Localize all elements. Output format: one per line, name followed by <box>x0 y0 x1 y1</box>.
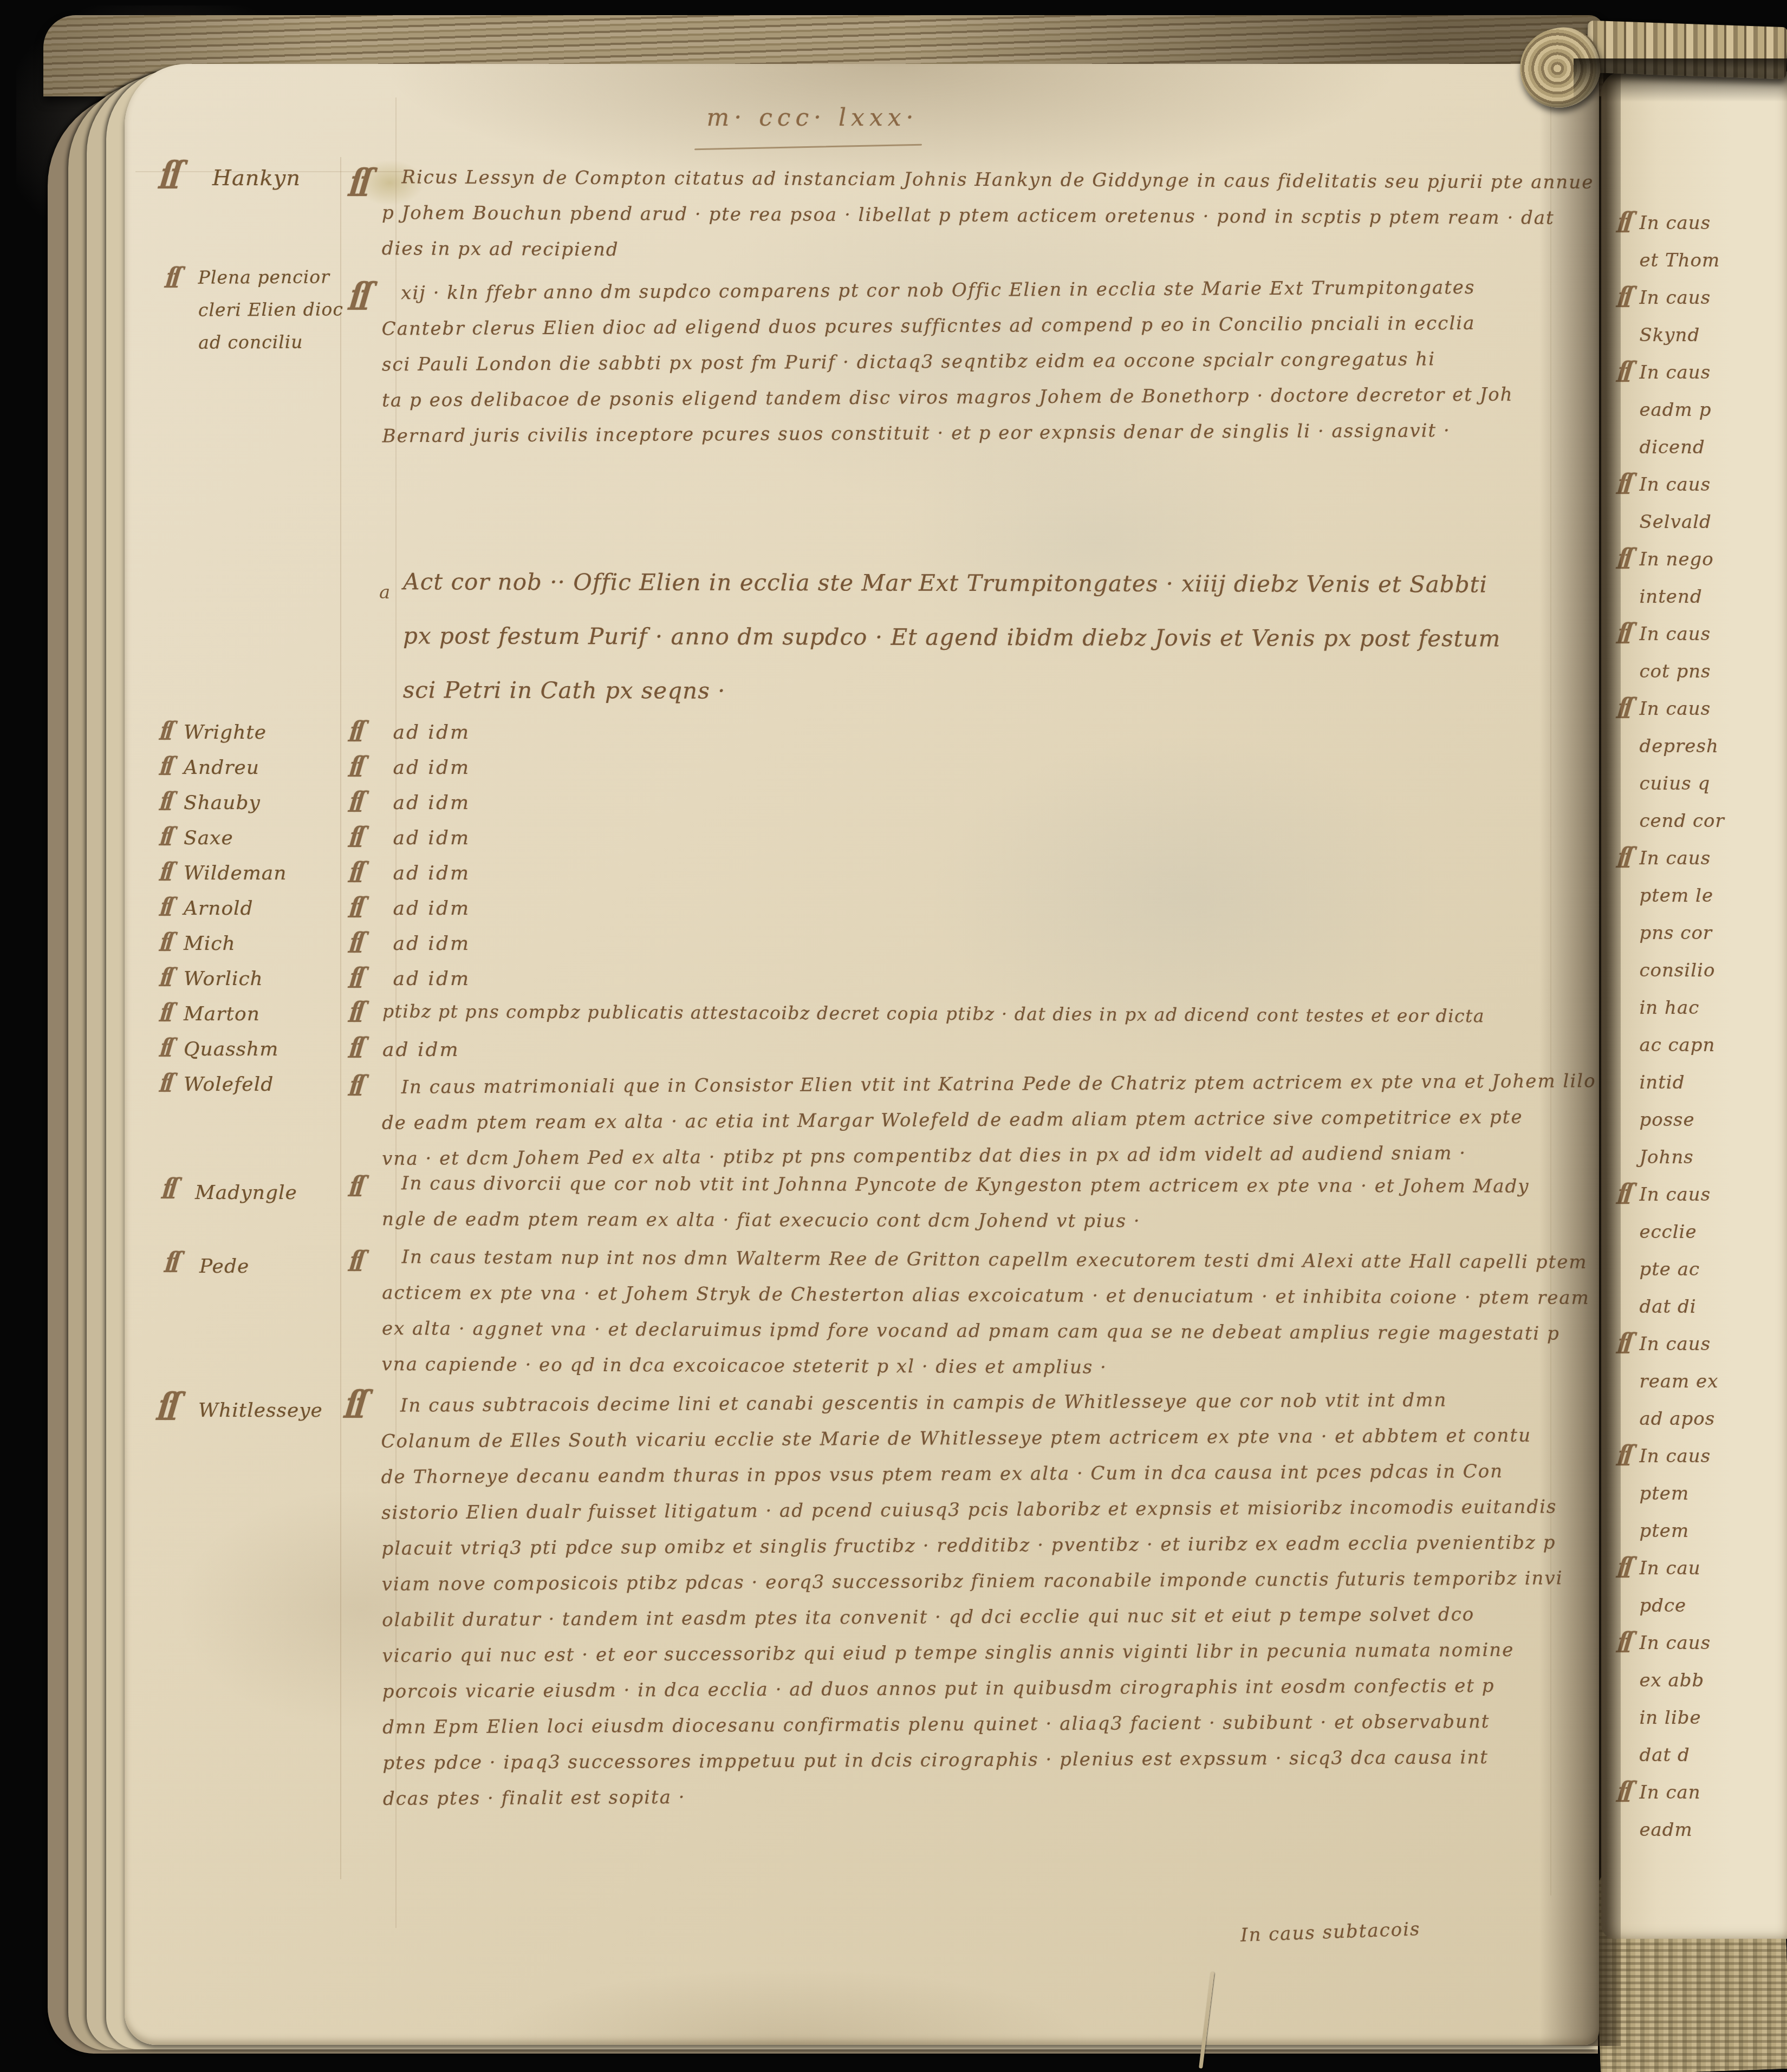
recto-line-fragment: cot pns <box>1639 661 1711 682</box>
recto-line-row: In nego <box>1617 549 1787 586</box>
braid-shadow <box>1574 58 1787 102</box>
recto-line-row: In caus <box>1617 848 1787 885</box>
recto-line-fragment: In caus <box>1639 212 1711 234</box>
margin-name: Worlich <box>184 968 263 990</box>
margin-rule-line <box>340 157 341 1879</box>
recto-line-row: In can <box>1617 1782 1787 1819</box>
recto-line-row: In caus <box>1617 212 1787 250</box>
recto-line-fragment: pte ac <box>1639 1259 1700 1280</box>
margin-name: Mich <box>184 933 236 955</box>
recto-line-fragment: In nego <box>1639 549 1713 570</box>
margin-name-row: Arnold <box>160 897 287 933</box>
recto-line-fragment: Johns <box>1639 1146 1693 1168</box>
entry-line: sistorio Elien dualr fuisset litigatum ·… <box>381 1496 1563 1537</box>
entry-line: In caus matrimoniali que in Consistor El… <box>381 1070 1596 1112</box>
recto-line-fragment: eadm <box>1639 1819 1692 1841</box>
margin-name: Shauby <box>184 792 261 814</box>
ad-idem-text: ad idm <box>382 1039 460 1061</box>
gutter-shadow <box>1539 64 1621 2046</box>
recto-line-row: In caus <box>1617 1184 1787 1221</box>
recto-line-fragment: ptem <box>1639 1520 1689 1542</box>
entry-line: ngle de eadm ptem ream ex alta · fiat ex… <box>382 1208 1530 1247</box>
recto-line-row: ptem <box>1617 1483 1787 1520</box>
ad-idem-text: ad idm <box>393 897 470 920</box>
entry-line: vicario qui nuc est · et eor successorib… <box>382 1639 1563 1680</box>
ad-idem-text: ad idm <box>393 933 470 955</box>
recto-line-fragment: dat di <box>1639 1296 1696 1318</box>
folio-number: m· ccc· lxxx· <box>706 104 918 132</box>
recto-line-row: Johns <box>1617 1146 1787 1184</box>
margin-name-whitlesseye: Whitlesseye <box>198 1399 323 1422</box>
margin-name-hankyn: Hankyn <box>212 166 301 191</box>
recto-line-fragment: In can <box>1639 1782 1700 1803</box>
recto-line-row: In caus <box>1617 1333 1787 1371</box>
recto-line-row: consilio <box>1617 960 1787 997</box>
entry-whitlesseye-text: In caus subtracois decime lini et canabi… <box>381 1389 1564 1823</box>
margin-name-row: Shauby <box>160 792 287 827</box>
recto-text-column: In caus et Thom In caus Skynd In caus <box>1617 212 1787 1856</box>
recto-line-row: In caus <box>1617 1632 1787 1670</box>
entry-wolefeld-text: In caus matrimoniali que in Consistor El… <box>381 1070 1596 1184</box>
ad-idem-text: ad idm <box>393 968 470 990</box>
entry-line: dcas ptes · finalit est sopita · <box>383 1782 1564 1823</box>
entry-line: Cantebr clerus Elien dioc ad eligend duo… <box>381 312 1513 354</box>
recto-line-row: ac capn <box>1617 1034 1787 1072</box>
recto-line-row: in libe <box>1617 1707 1787 1744</box>
recto-line-row: et Thom <box>1617 250 1787 287</box>
entry-line: ta p eos delibacoe de psonis eligend tan… <box>382 384 1513 426</box>
margin-name-row: Wildeman <box>160 862 287 897</box>
margin-name-list: Wrighte Andreu Shauby Saxe Wildeman <box>160 721 287 1109</box>
recto-line-fragment: posse <box>1639 1109 1694 1131</box>
recto-line-fragment: ac capn <box>1639 1034 1715 1056</box>
margin-name: Andreu <box>184 757 259 779</box>
ad-idem-row: ad idm <box>349 757 470 792</box>
entry-line: placuit vtriq3 pti pdce sup omibz et sin… <box>381 1532 1563 1573</box>
entry-line: acticem ex pte vna · et Johem Stryk de C… <box>382 1282 1590 1323</box>
acta-lead-mark: a <box>379 582 390 603</box>
recto-line-row: In cau <box>1617 1558 1787 1595</box>
entry-madyngle-text: In caus divorcii que cor nob vtit int Jo… <box>382 1172 1530 1247</box>
recto-line-row: ptem <box>1617 1520 1787 1558</box>
entry-line: dies in px ad recipiend <box>382 238 1594 279</box>
margin-line: cleri Elien dioc <box>198 298 343 331</box>
recto-line-row: cend cor <box>1617 810 1787 848</box>
ad-idem-text: ad idm <box>393 757 470 779</box>
recto-line-fragment: cuius q <box>1639 773 1710 794</box>
recto-line-fragment: et Thom <box>1639 250 1720 271</box>
margin-name-row: Marton <box>160 1003 287 1038</box>
entry-pede-text: In caus testam nup int nos dmn Walterm R… <box>381 1246 1590 1395</box>
recto-line-row: In caus <box>1617 287 1787 324</box>
recto-line-row: intend <box>1617 586 1787 623</box>
recto-line-row: In caus <box>1617 698 1787 735</box>
entry-line: olabilit duratur · tandem int easdm ptes… <box>382 1603 1563 1645</box>
acta-heading-block: Act cor nob ·· Offic Elien in ecclia ste… <box>403 568 1501 733</box>
entry-line: ptes pdce · ipaq3 successores imppetuu p… <box>382 1746 1564 1788</box>
margin-name: Arnold <box>184 897 254 920</box>
recto-line-fragment: intid <box>1639 1072 1685 1093</box>
recto-line-row: pdce <box>1617 1595 1787 1632</box>
recto-line-row: In caus <box>1617 623 1787 661</box>
margin-name-row: Worlich <box>160 968 287 1003</box>
recto-line-fragment: In caus <box>1639 1445 1711 1467</box>
recto-line-fragment: In caus <box>1639 1632 1711 1654</box>
recto-line-fragment: eadm p <box>1639 399 1711 421</box>
recto-line-row: depresh <box>1617 735 1787 773</box>
recto-line-row: intid <box>1617 1072 1787 1109</box>
margin-name-pede: Pede <box>199 1255 249 1278</box>
recto-line-row: ecclie <box>1617 1221 1787 1259</box>
recto-line-fragment: In caus <box>1639 287 1711 309</box>
entry-line: Colanum de Elles South vicariu ecclie st… <box>381 1424 1562 1466</box>
recto-line-fragment: ecclie <box>1639 1221 1697 1243</box>
recto-line-fragment: dicend <box>1639 436 1705 458</box>
margin-name: Quasshm <box>184 1038 278 1060</box>
entry-line: de Thorneye decanu eandm thuras in ppos … <box>381 1460 1563 1502</box>
recto-line-row: posse <box>1617 1109 1787 1146</box>
recto-line-fragment: pdce <box>1639 1595 1686 1617</box>
recto-line-row: dicend <box>1617 436 1787 474</box>
entry-line: viam nove composicois ptibz pdcas · eorq… <box>382 1567 1563 1609</box>
recto-line-fragment: ex abb <box>1639 1670 1704 1691</box>
folio-heading: m· ccc· lxxx· <box>672 104 953 132</box>
recto-line-row: Selvald <box>1617 511 1787 549</box>
ad-idem-row: ad idm <box>349 968 470 1003</box>
acta-line: sci Petri in Cath px seqns · <box>403 676 1501 733</box>
margin-name-row: Quasshm <box>160 1038 287 1073</box>
entry-line: Ricus Lessyn de Compton citatus ad insta… <box>382 166 1594 207</box>
margin-line: ad conciliu <box>198 331 343 364</box>
recto-line-fragment: in libe <box>1639 1707 1701 1729</box>
recto-line-row: cot pns <box>1617 661 1787 698</box>
recto-line-fragment: In caus <box>1639 362 1711 383</box>
ad-idem-row: ad idm <box>349 792 470 827</box>
recto-line-fragment: dat d <box>1639 1744 1689 1766</box>
recto-line-fragment: depresh <box>1639 735 1718 757</box>
entry-line: dmn Epm Elien loci eiusdm diocesanu conf… <box>382 1710 1564 1752</box>
recto-line-row: In caus <box>1617 1445 1787 1483</box>
recto-line-row: Skynd <box>1617 324 1787 362</box>
recto-line-row: dat d <box>1617 1744 1787 1782</box>
recto-line-row: cuius q <box>1617 773 1787 810</box>
entry-line: In caus subtracois decime lini et canabi… <box>381 1389 1562 1430</box>
margin-name-row: Saxe <box>160 827 287 862</box>
manuscript-photo: In caus et Thom In caus Skynd In caus <box>0 0 1787 2072</box>
margin-name-row: Andreu <box>160 757 287 792</box>
entry-line: In caus divorcii que cor nob vtit int Jo… <box>382 1172 1530 1211</box>
entry-hankyn-text: Ricus Lessyn de Compton citatus ad insta… <box>382 166 1594 279</box>
margin-name: Saxe <box>184 827 233 849</box>
ad-idem-text: ad idm <box>393 862 470 884</box>
entry-line: p Johem Bouchun pbend arud · pte rea pso… <box>382 202 1594 243</box>
recto-line-row: pns cor <box>1617 922 1787 960</box>
ad-idem-row: ad idm <box>349 721 470 757</box>
recto-line-row: In caus <box>1617 362 1787 399</box>
recto-line-fragment: In caus <box>1639 1333 1711 1355</box>
recto-line-fragment: In cau <box>1639 1558 1700 1579</box>
margin-name: Wrighte <box>184 721 267 744</box>
recto-line-fragment: in hac <box>1639 997 1699 1019</box>
margin-name: Marton <box>184 1003 260 1025</box>
recto-line-row: ptem le <box>1617 885 1787 922</box>
recto-line-fragment: Selvald <box>1639 511 1711 533</box>
recto-line-fragment: In caus <box>1639 474 1711 496</box>
recto-line-fragment: ream ex <box>1639 1371 1718 1392</box>
recto-line-fragment: consilio <box>1639 960 1715 981</box>
recto-line-row: In caus <box>1617 474 1787 511</box>
recto-line-fragment: ptem <box>1639 1483 1689 1504</box>
ad-idem-text: ad idm <box>393 827 470 849</box>
recto-line-row: in hac <box>1617 997 1787 1034</box>
recto-line-fragment: ad apos <box>1639 1408 1715 1430</box>
margin-name-madyngle: Madyngle <box>195 1182 297 1204</box>
ad-idem-list: ad idm ad idm ad idm ad idm ad idm <box>349 721 470 1003</box>
recto-line-fragment: In caus <box>1639 848 1711 869</box>
recto-line-fragment: pns cor <box>1639 922 1712 944</box>
entry-line: Bernard juris civilis inceptore pcures s… <box>382 420 1514 461</box>
recto-line-row: dat di <box>1617 1296 1787 1333</box>
margin-name: Wolefeld <box>184 1073 274 1096</box>
margin-line: Plena pencior <box>198 266 343 299</box>
recto-line-row: ream ex <box>1617 1371 1787 1408</box>
ad-idem-text: ad idm <box>393 792 470 814</box>
entry-line: xij · kln ffebr anno dm supdco comparens… <box>381 277 1513 318</box>
entry-line: sci Pauli London die sabbti px post fm P… <box>382 348 1513 390</box>
ad-idem-row: ad idm <box>349 933 470 968</box>
recto-line-fragment: Skynd <box>1639 324 1700 346</box>
recto-line-fragment: cend cor <box>1639 810 1724 832</box>
recto-line-row: pte ac <box>1617 1259 1787 1296</box>
entry-line: vna capiende · eo qd in dca excoicacoe s… <box>381 1353 1589 1395</box>
recto-line-row: eadm <box>1617 1819 1787 1856</box>
margin-name-row: Mich <box>160 933 287 968</box>
margin-name-row: Wrighte <box>160 721 287 757</box>
recto-line-fragment: In caus <box>1639 698 1711 720</box>
recto-line-row: eadm p <box>1617 399 1787 436</box>
margin-name: Wildeman <box>184 862 287 884</box>
entry-line: de eadm ptem ream ex alta · ac etia int … <box>382 1106 1596 1148</box>
recto-line-row: ad apos <box>1617 1408 1787 1445</box>
recto-line-fragment: In caus <box>1639 1184 1711 1206</box>
margin-eleccio: Plena penciorcleri Elien diocad conciliu <box>198 266 344 364</box>
recto-line-fragment: intend <box>1639 586 1702 608</box>
recto-line-row: ex abb <box>1617 1670 1787 1707</box>
entry-eleccio-text: xij · kln ffebr anno dm supdco comparens… <box>381 277 1513 461</box>
ad-idem-row: ad idm <box>349 897 470 933</box>
recto-line-fragment: ptem le <box>1639 885 1713 907</box>
recto-line-fragment: In caus <box>1639 623 1711 645</box>
margin-name-row: Wolefeld <box>160 1073 287 1109</box>
entry-line: porcois vicarie eiusdm · in dca ecclia ·… <box>382 1674 1564 1716</box>
entry-line: In caus testam nup int nos dmn Walterm R… <box>382 1246 1590 1287</box>
entry-line: ex alta · aggnet vna · et declaruimus ip… <box>382 1318 1590 1359</box>
ad-idem-row: ad idm <box>349 827 470 862</box>
acta-line: px post festum Purif · anno dm supdco · … <box>403 622 1501 679</box>
ad-idem-text: ad idm <box>393 721 470 744</box>
ad-idem-row: ad idm <box>349 862 470 897</box>
acta-line: Act cor nob ·· Offic Elien in ecclia ste… <box>403 568 1501 625</box>
